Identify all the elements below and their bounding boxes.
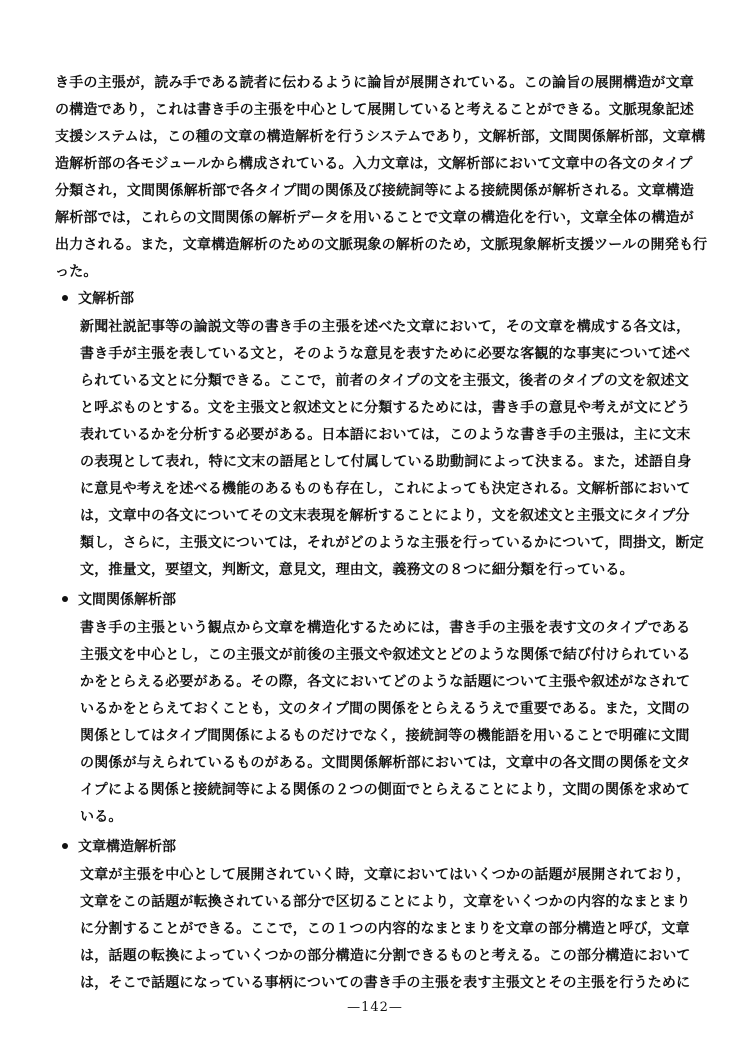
document-page: き手の主張が，読み手である読者に伝わるように論旨が展開されている。この論旨の展開… [0, 0, 750, 1054]
text-line: 表れているかを分析する必要がある。日本語においては，このような書き手の主張は，主… [80, 426, 691, 444]
text-line: 造解析部の各モジュールから構成されている。入力文章は，文解析部において文章中の各… [55, 155, 693, 173]
text-line: 文章が主張を中心として展開されていく時，文章においてはいくつかの話題が展開されて… [80, 866, 691, 884]
text-line: いる。 [80, 808, 123, 826]
text-line: き手の主張が，読み手である読者に伝わるように論旨が展開されている。この論旨の展開… [55, 74, 694, 92]
section-heading: 文章構造解析部 [62, 838, 176, 856]
text-line: 解析部では，これらの文間関係の解析データを用いることで文章の構造化を行い，文章全… [55, 209, 694, 227]
text-line: 分類され，文間関係解析部で各タイプ間の関係及び接続詞等による接続関係が解析される… [55, 182, 694, 200]
bullet-icon [62, 596, 68, 602]
text-line: 主張文を中心とし，この主張文が前後の主張文や叙述文とどのような関係で結び付けられ… [80, 646, 691, 664]
text-line: 類し，さらに，主張文については，それがどのような主張を行っているかについて，問掛… [80, 534, 704, 552]
section-heading-text: 文間関係解析部 [78, 592, 176, 608]
text-line: と呼ぶものとする。文を主張文と叙述文とに分類するためには，書き手の意見や考えが文… [80, 399, 691, 417]
bullet-icon [62, 843, 68, 849]
section-heading-text: 文解析部 [78, 291, 134, 307]
text-line: った。 [55, 263, 98, 281]
section-heading-text: 文章構造解析部 [78, 839, 176, 855]
text-line: 書き手の主張という観点から文章を構造化するためには，書き手の主張を表す文のタイプ… [80, 619, 690, 637]
text-line: の構造であり，これは書き手の主張を中心として展開していると考えることができる。文… [55, 101, 694, 119]
section-heading: 文解析部 [62, 290, 134, 308]
text-line: かをとらえる必要がある。その際，各文においてどのような話題について主張や叙述がな… [80, 673, 690, 691]
text-line: 文章をこの話題が転換されている部分で区切ることにより，文章をいくつかの内容的なま… [80, 893, 691, 911]
text-line: 書き手が主張を表している文と，そのような意見を表すために必要な客観的な事実につい… [80, 345, 690, 363]
bullet-icon [62, 295, 68, 301]
text-line: られている文とに分類できる。ここで，前者のタイプの文を主張文，後者のタイプの文を… [80, 372, 689, 390]
text-line: 支援システムは，この種の文章の構造解析を行うシステムであり，文解析部，文間関係解… [55, 128, 705, 146]
text-line: の関係が与えられているものがある。文間関係解析部においては，文章中の各文間の関係… [80, 754, 691, 772]
text-line: 出力される。また，文章構造解析のための文脈現象の解析のため，文脈現象解析支援ツー… [55, 236, 707, 254]
text-line: は，文章中の各文についてその文末表現を解析することにより，文を叙述文と主張文にタ… [80, 507, 690, 525]
text-line: イプによる関係と接続詞等による関係の２つの側面でとらえることにより，文間の関係を… [80, 781, 690, 799]
text-line: 関係としてはタイプ間関係によるものだけでなく，接続詞等の機能語を用いることで明確… [80, 727, 690, 745]
text-line: に分割することができる。ここで，この１つの内容的なまとまりを文章の部分構造と呼び… [80, 920, 690, 938]
page-number: —142— [0, 1000, 750, 1015]
text-line: の表現として表れ，特に文末の語尾として付属している助動詞によって決まる。また，述… [80, 453, 691, 471]
section-heading: 文間関係解析部 [62, 591, 176, 609]
text-line: は，話題の転換によっていくつかの部分構造に分割できるものと考える。この部分構造に… [80, 947, 691, 965]
text-line: 文，推量文，要望文，判断文，意見文，理由文，義務文の８つに細分類を行っている。 [80, 561, 634, 579]
text-line: 新聞社説記事等の論説文等の書き手の主張を述べた文章において，その文章を構成する各… [80, 318, 690, 336]
text-line: は，そこで話題になっている事柄についての書き手の主張を表す主張文とその主張を行う… [80, 974, 690, 992]
text-line: に意見や考えを述べる機能のあるものも存在し，これによっても決定される。文解析部に… [80, 480, 691, 498]
text-line: いるかをとらえておくことも，文のタイプ間の関係をとらえるうえで重要である。また，… [80, 700, 690, 718]
